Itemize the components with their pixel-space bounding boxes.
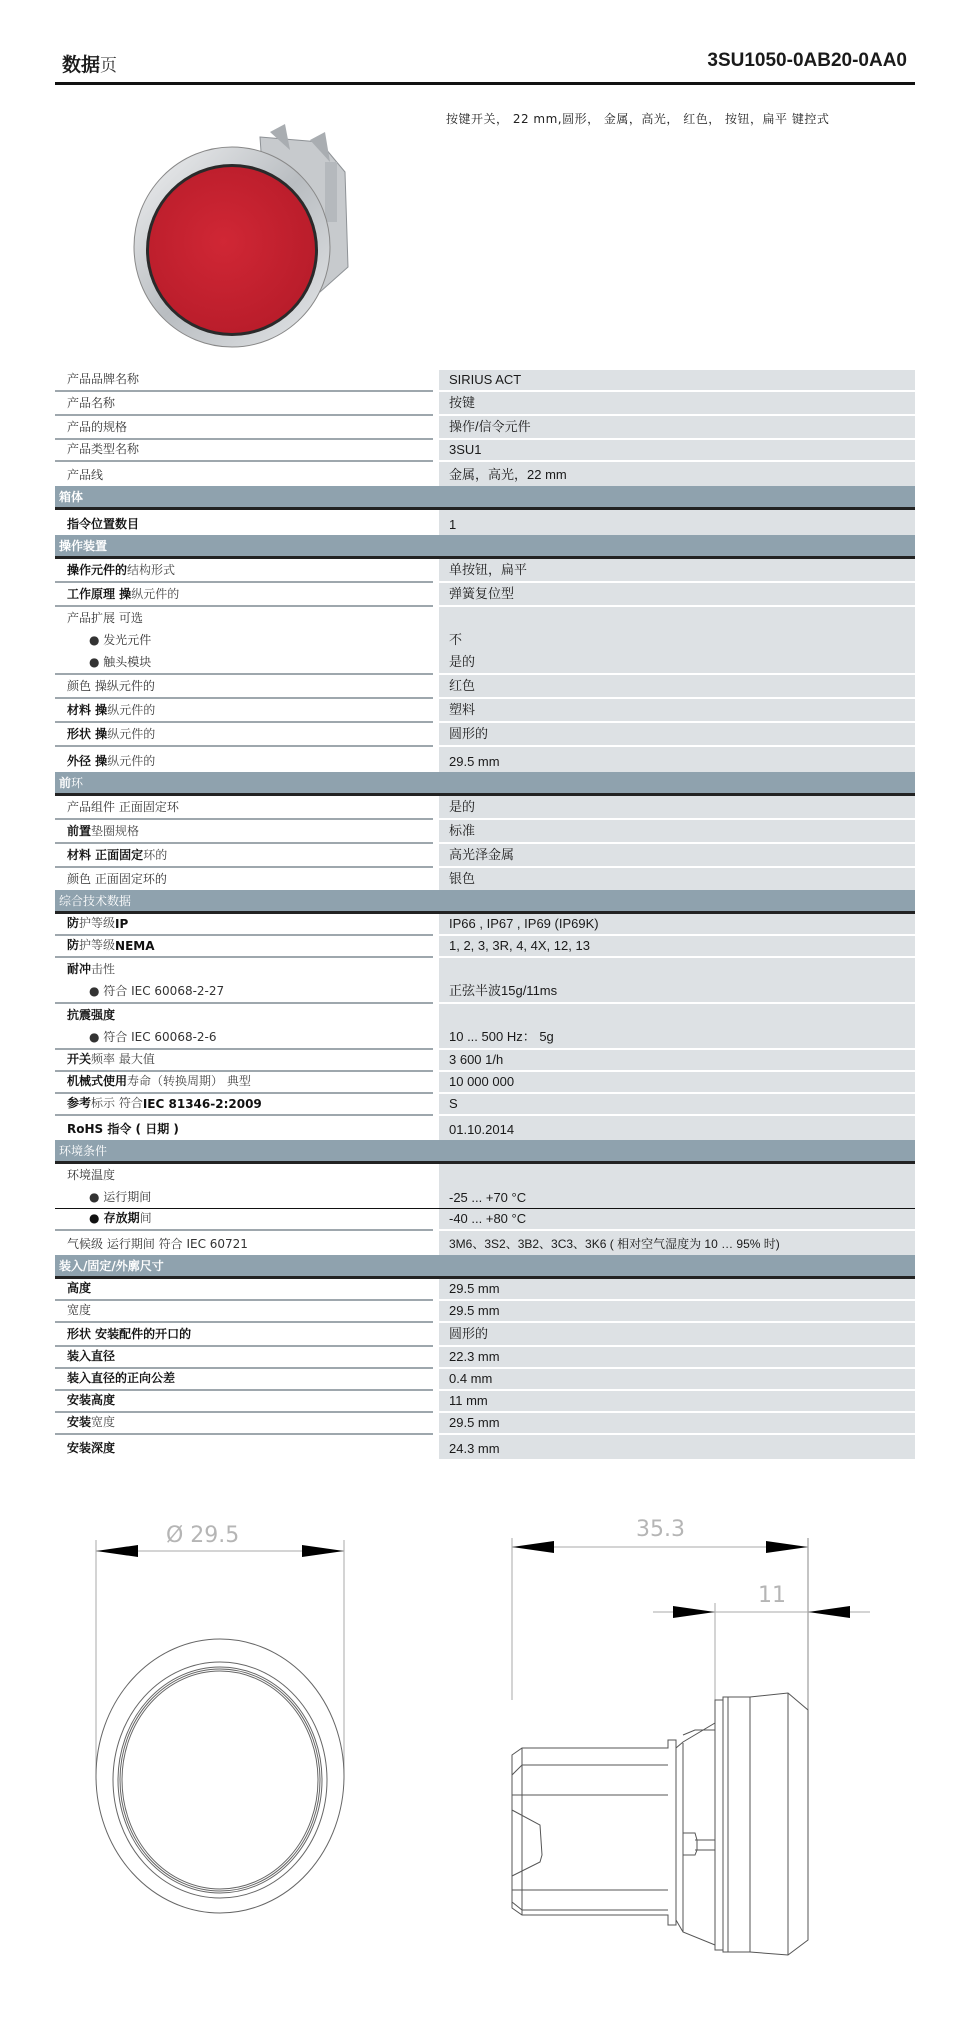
table-row: 气候级 运行期间 符合 IEC 60721 3M6、3S2、3B2、3C3、3K… [55,1231,915,1255]
row-value: 22.3 mm [439,1347,915,1369]
table-row: 材料 操纵元件的 塑料 [55,699,915,723]
table-row: 材料 正面固定环的 高光泽金属 [55,844,915,868]
row-value: 3 600 1/h [439,1050,915,1072]
table-row: 形状 安装配件的开口的 圆形的 [55,1323,915,1347]
row-value: -25 ... +70 °C [439,1186,915,1208]
row-label: 产品线 [55,462,433,486]
row-value: 1, 2, 3, 3R, 4, 4X, 12, 13 [439,936,915,958]
table-row: 装入直径 22.3 mm [55,1347,915,1369]
row-value: 标准 [439,820,915,844]
row-value: 10 ... 500 Hz： 5g [439,1026,915,1050]
row-label: 产品的规格 [55,416,433,440]
overall-length-label: 35.3 [636,1517,685,1542]
row-label: 气候级 运行期间 符合 IEC 60721 [55,1231,433,1255]
table-row: 安装宽度 29.5 mm [55,1413,915,1435]
table-row: ● 触头模块 是的 [55,651,915,675]
row-label: 产品扩展 可选 [55,607,433,629]
row-value [439,607,915,629]
front-view-drawing: Ø 29.5 [80,1490,380,1990]
row-label: 材料 正面固定环的 [55,844,433,868]
row-label: ● 符合 IEC 60068-2-6 [55,1026,433,1050]
table-row: 外径 操纵元件的 29.5 mm [55,747,915,772]
row-value: 01.10.2014 [439,1116,915,1140]
row-label: 安装高度 [55,1391,433,1413]
row-value: 圆形的 [439,1323,915,1347]
title-bold: 数据 [62,54,100,76]
side-view-drawing: 35.3 11 [500,1490,900,2030]
row-value: 红色 [439,675,915,699]
row-value: 不 [439,629,915,651]
row-value: IP66 , IP67 , IP69 (IP69K) [439,914,915,936]
section-operator: 操作装置 [55,535,915,559]
table-row: 产品品牌名称 SIRIUS ACT [55,370,915,392]
table-row: ● 发光元件 不 [55,629,915,651]
row-value: 正弦半波15g/11ms [439,980,915,1004]
table-row: 参考标示 符合 IEC 81346-2:2009 S [55,1094,915,1116]
row-label: 产品名称 [55,392,433,416]
row-value [439,1004,915,1026]
row-label: 装入直径的正向公差 [55,1369,433,1391]
row-label: 开关频率 最大值 [55,1050,433,1072]
row-label: 防护等级 IP [55,914,433,936]
row-label: 防护等级 NEMA [55,936,433,958]
row-value: 操作/信令元件 [439,416,915,440]
row-value: 29.5 mm [439,1301,915,1323]
row-value: 3SU1 [439,440,915,462]
table-row: 产品线 金属，高光，22 mm [55,462,915,486]
row-label: 产品类型名称 [55,440,433,462]
row-label: 工作原理 操纵元件的 [55,583,433,607]
row-label: 形状 操纵元件的 [55,723,433,747]
row-label: 环境温度 [55,1164,433,1186]
row-value: 29.5 mm [439,747,915,772]
row-value: 按键 [439,392,915,416]
row-value: SIRIUS ACT [439,370,915,392]
table-row: 抗震强度 [55,1004,915,1026]
pushbutton-photo-icon [120,102,360,352]
table-row: 颜色 正面固定环的 银色 [55,868,915,890]
row-label: 耐冲击性 [55,958,433,980]
row-value: 弹簧复位型 [439,583,915,607]
row-label: RoHS 指令 ( 日期 ) [55,1116,433,1140]
row-label: ● 存放期间 [55,1209,433,1231]
row-label: 材料 操纵元件的 [55,699,433,723]
row-label: 宽度 [55,1301,433,1323]
product-description: 按键开关， 22 mm,圆形， 金属，高光， 红色， 按钮，扁平 键控式 [446,110,829,127]
section-housing: 箱体 [55,486,915,510]
section-front-ring: 前环 [55,772,915,796]
row-value: 圆形的 [439,723,915,747]
row-label: ● 运行期间 [55,1186,433,1208]
row-value [439,1164,915,1186]
table-row: 操作元件的结构形式 单按钮，扁平 [55,559,915,583]
row-label: 产品品牌名称 [55,370,433,392]
row-label: 高度 [55,1279,433,1301]
table-row: 前置垫圈规格 标准 [55,820,915,844]
row-value: 银色 [439,868,915,890]
table-row: ● 符合 IEC 60068-2-27 正弦半波15g/11ms [55,980,915,1004]
row-label: 颜色 正面固定环的 [55,868,433,890]
page-title: 数据页 [62,50,117,77]
row-label: 产品组件 正面固定环 [55,796,433,820]
row-value: 高光泽金属 [439,844,915,868]
table-row: 装入直径的正向公差 0.4 mm [55,1369,915,1391]
row-value: 29.5 mm [439,1413,915,1435]
table-row: ● 运行期间 -25 ... +70 °C [55,1186,915,1209]
row-value: 0.4 mm [439,1369,915,1391]
table-row: 耐冲击性 [55,958,915,980]
row-label: 安装宽度 [55,1413,433,1435]
section-environment: 环境条件 [55,1140,915,1164]
row-value: 10 000 000 [439,1072,915,1094]
row-value: -40 ... +80 °C [439,1209,915,1231]
title-light: 页 [100,56,117,76]
table-row: 指令位置数目 1 [55,510,915,535]
row-value [439,958,915,980]
row-label: 前置垫圈规格 [55,820,433,844]
row-label: 参考标示 符合 IEC 81346-2:2009 [55,1094,433,1116]
table-row: 产品扩展 可选 [55,607,915,629]
table-row: 产品的规格 操作/信令元件 [55,416,915,440]
table-row: 安装深度 24.3 mm [55,1435,915,1459]
table-row: 产品名称 按键 [55,392,915,416]
row-label: 指令位置数目 [55,510,433,535]
table-row: 宽度 29.5 mm [55,1301,915,1323]
table-row: 高度 29.5 mm [55,1279,915,1301]
table-row: 防护等级 NEMA 1, 2, 3, 3R, 4, 4X, 12, 13 [55,936,915,958]
table-row: 安装高度 11 mm [55,1391,915,1413]
row-label: ● 符合 IEC 60068-2-27 [55,980,433,1004]
table-row: RoHS 指令 ( 日期 ) 01.10.2014 [55,1116,915,1140]
row-label: 机械式使用寿命（转换周期） 典型 [55,1072,433,1094]
row-value: S [439,1094,915,1116]
product-code: 3SU1050-0AB20-0AA0 [707,50,907,72]
row-value: 是的 [439,651,915,675]
row-value: 24.3 mm [439,1435,915,1459]
row-value: 单按钮，扁平 [439,559,915,583]
table-row: ● 符合 IEC 60068-2-6 10 ... 500 Hz： 5g [55,1026,915,1050]
table-row: ● 存放期间 -40 ... +80 °C [55,1209,915,1231]
row-label: ● 触头模块 [55,651,433,675]
row-label: ● 发光元件 [55,629,433,651]
row-label: 安装深度 [55,1435,433,1459]
table-row: 颜色 操纵元件的 红色 [55,675,915,699]
row-value: 11 mm [439,1391,915,1413]
row-label: 装入直径 [55,1347,433,1369]
page-header: 数据页 3SU1050-0AB20-0AA0 [55,48,915,85]
product-image [120,102,360,352]
table-row: 产品类型名称 3SU1 [55,440,915,462]
row-value: 是的 [439,796,915,820]
row-label: 形状 安装配件的开口的 [55,1323,433,1347]
row-value: 1 [439,510,915,535]
table-row: 工作原理 操纵元件的 弹簧复位型 [55,583,915,607]
table-row: 开关频率 最大值 3 600 1/h [55,1050,915,1072]
diameter-label: Ø 29.5 [166,1523,239,1548]
table-row: 环境温度 [55,1164,915,1186]
row-label: 颜色 操纵元件的 [55,675,433,699]
row-value: 金属，高光，22 mm [439,462,915,486]
table-row: 产品组件 正面固定环 是的 [55,796,915,820]
row-label: 外径 操纵元件的 [55,747,433,772]
table-row: 防护等级 IP IP66 , IP67 , IP69 (IP69K) [55,914,915,936]
table-row: 机械式使用寿命（转换周期） 典型 10 000 000 [55,1072,915,1094]
section-technical: 综合技术数据 [55,890,915,914]
row-value: 29.5 mm [439,1279,915,1301]
row-label: 操作元件的结构形式 [55,559,433,583]
row-value: 3M6、3S2、3B2、3C3、3K6 ( 相对空气湿度为 10 … 95% 时… [439,1231,915,1255]
table-row: 形状 操纵元件的 圆形的 [55,723,915,747]
row-label: 抗震强度 [55,1004,433,1026]
mount-depth-label: 11 [758,1583,786,1608]
row-value: 塑料 [439,699,915,723]
section-dimensions: 装入/固定/外廓尺寸 [55,1255,915,1279]
spec-table: 产品品牌名称 SIRIUS ACT 产品名称 按键 产品的规格 操作/信令元件 … [55,370,915,1459]
